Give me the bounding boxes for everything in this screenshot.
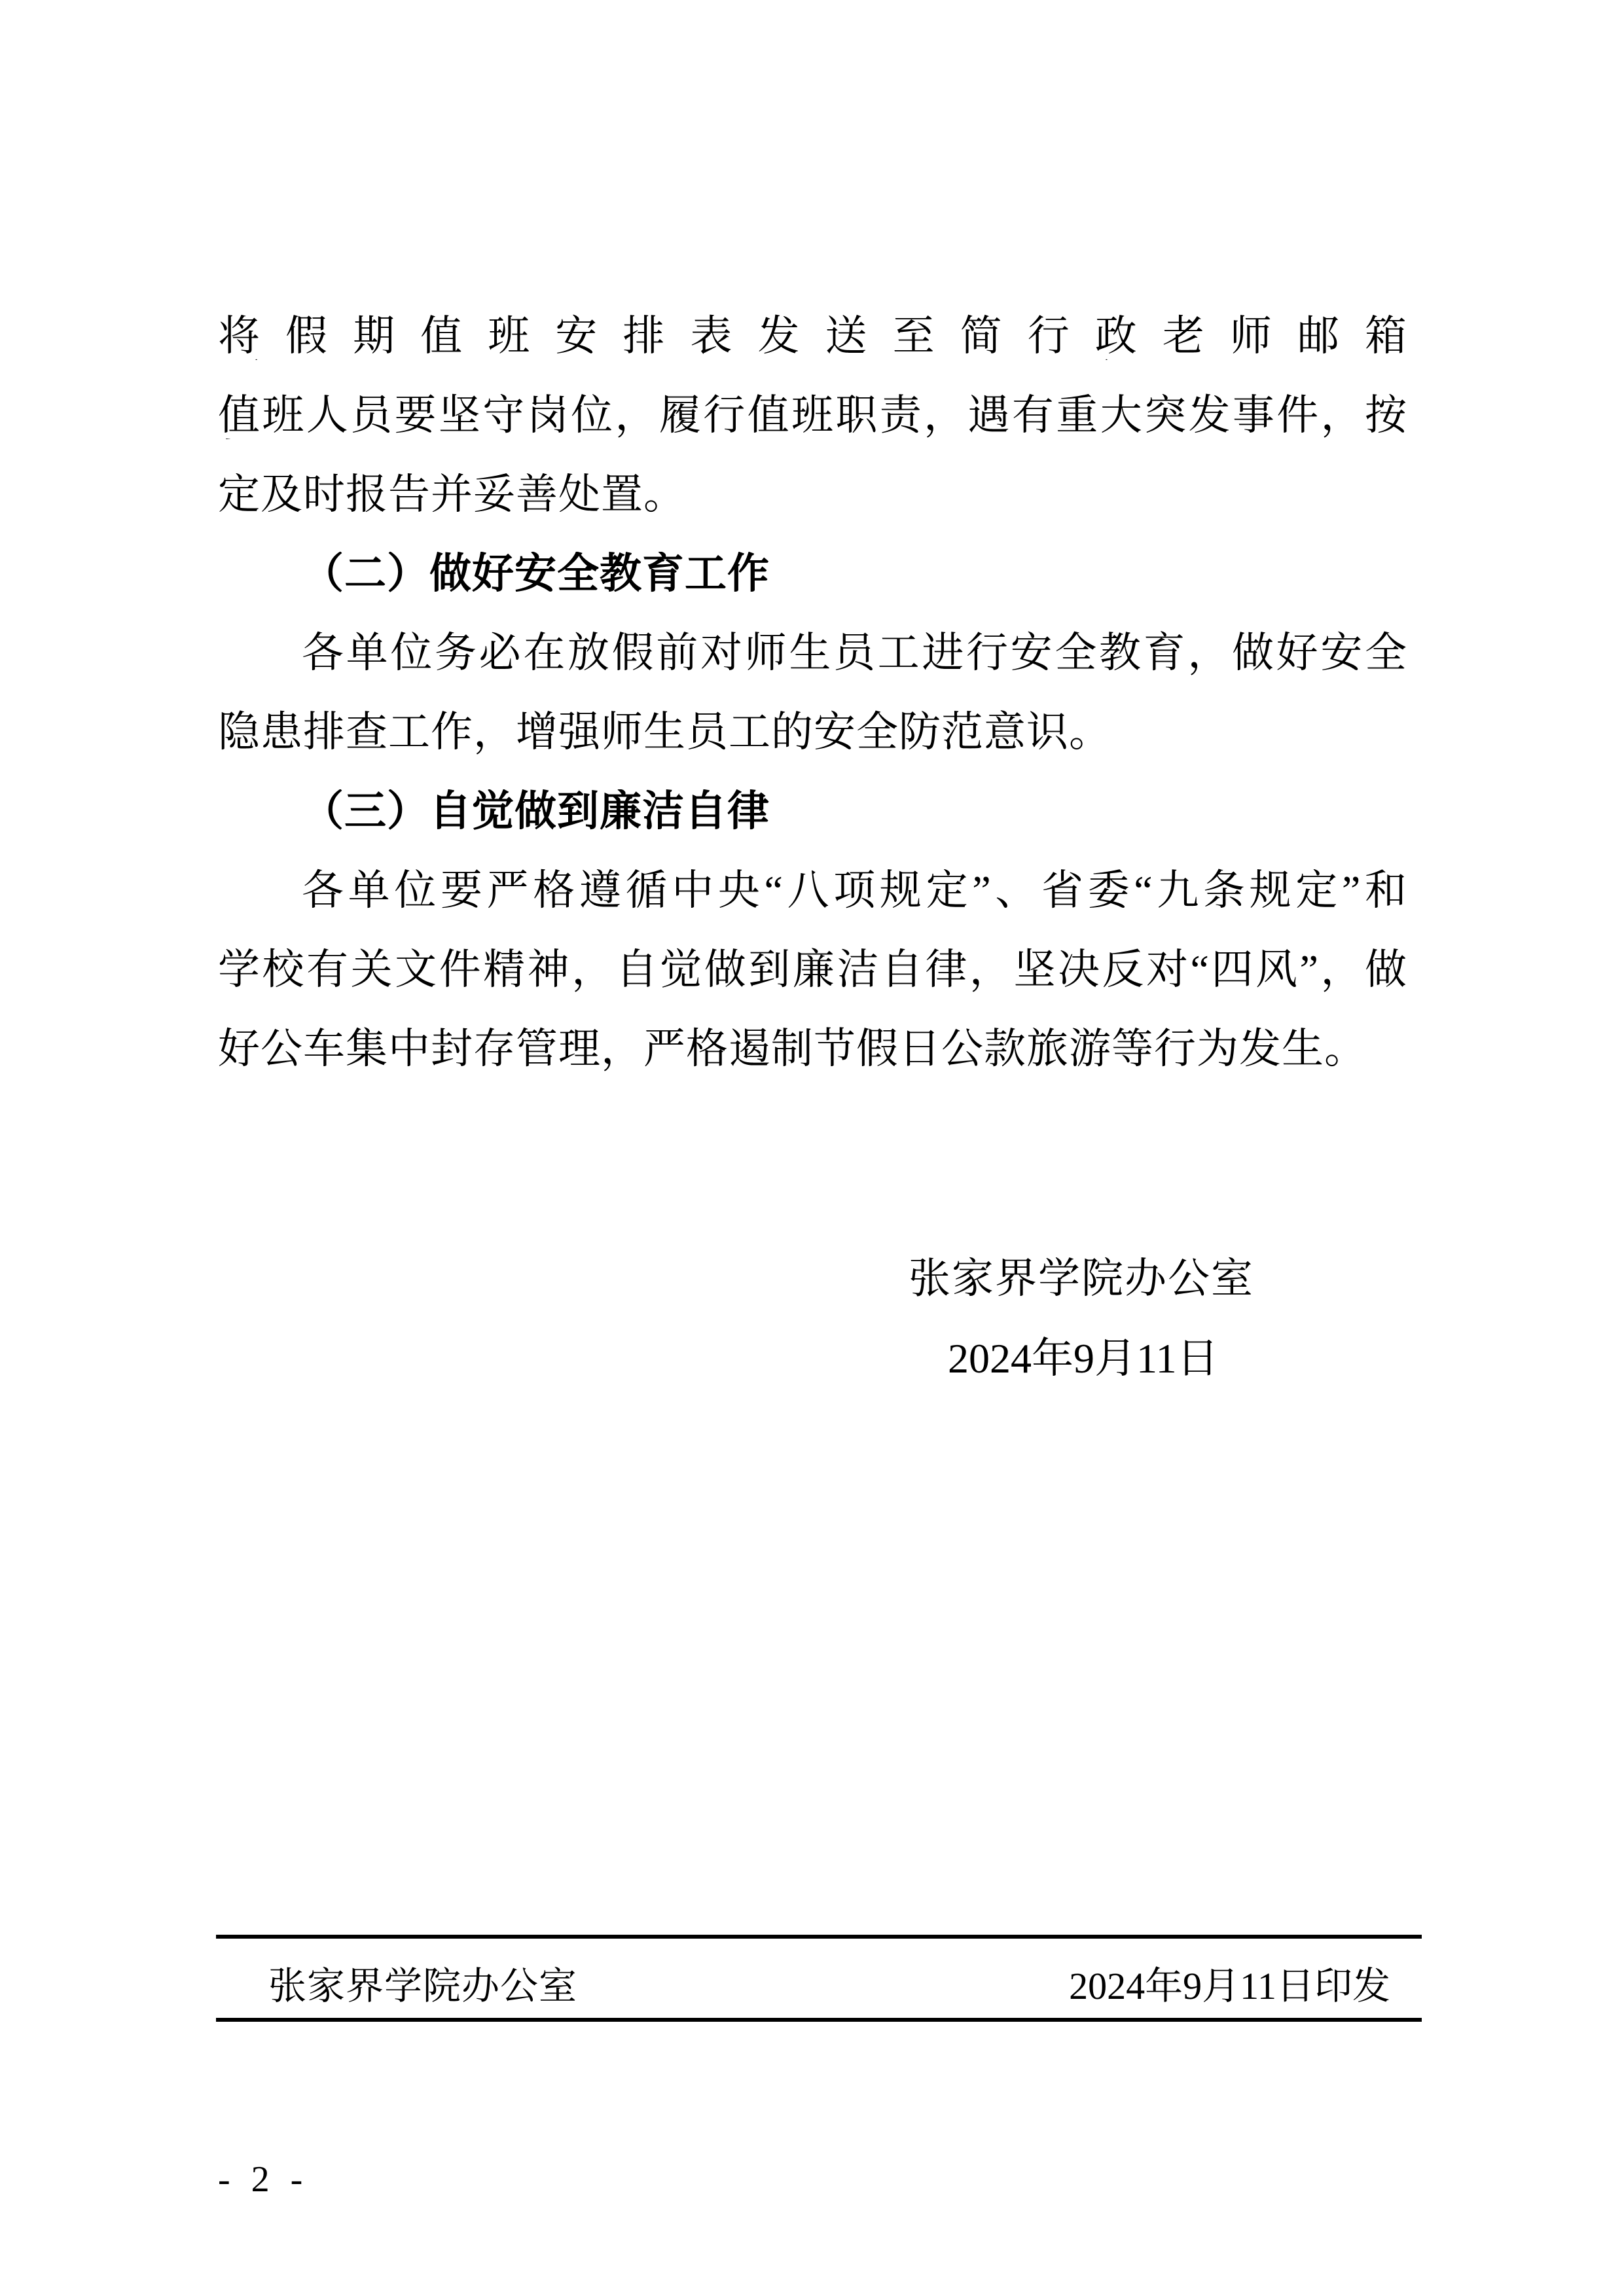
body-line: 好公车集中封存管理，严格遏制节假日公款旅游等行为发生。	[218, 1027, 1407, 1073]
body-line: 各单位要严格遵循中央“八项规定”、省委“九条规定”和	[218, 869, 1407, 914]
body-line: 定及时报告并妥善处置。	[218, 473, 1407, 518]
document-page: 将假期值班安排表发送至简行政老师邮箱（755239032@qq.com）。 值班…	[0, 0, 1624, 2296]
signature-date: 2024年9月11日	[948, 1336, 1219, 1381]
section-heading: （三）自觉做到廉洁自律	[218, 789, 1407, 835]
footer-top-rule	[216, 1935, 1422, 1939]
body-line: 值班人员要坚守岗位，履行值班职责，遇有重大突发事件，按规	[218, 393, 1407, 439]
footer-print-date: 2024年9月11日印发	[1069, 1966, 1390, 2007]
footer-bottom-rule	[216, 2018, 1422, 2022]
body-line: 学校有关文件精神，自觉做到廉洁自律，坚决反对“四风”，做	[218, 948, 1407, 994]
footer-issuer: 张家界学院办公室	[268, 1966, 577, 2007]
section-heading: （二）做好安全教育工作	[218, 552, 1407, 598]
body-line: 隐患排查工作，增强师生员工的安全防范意识。	[218, 710, 1407, 756]
page-number: - 2 -	[218, 2160, 308, 2199]
signature-office: 张家界学院办公室	[909, 1257, 1254, 1301]
body-line: 各单位务必在放假前对师生员工进行安全教育，做好安全	[218, 631, 1407, 677]
body-line: 将假期值班安排表发送至简行政老师邮箱（755239032@qq.com）。	[218, 314, 1407, 360]
